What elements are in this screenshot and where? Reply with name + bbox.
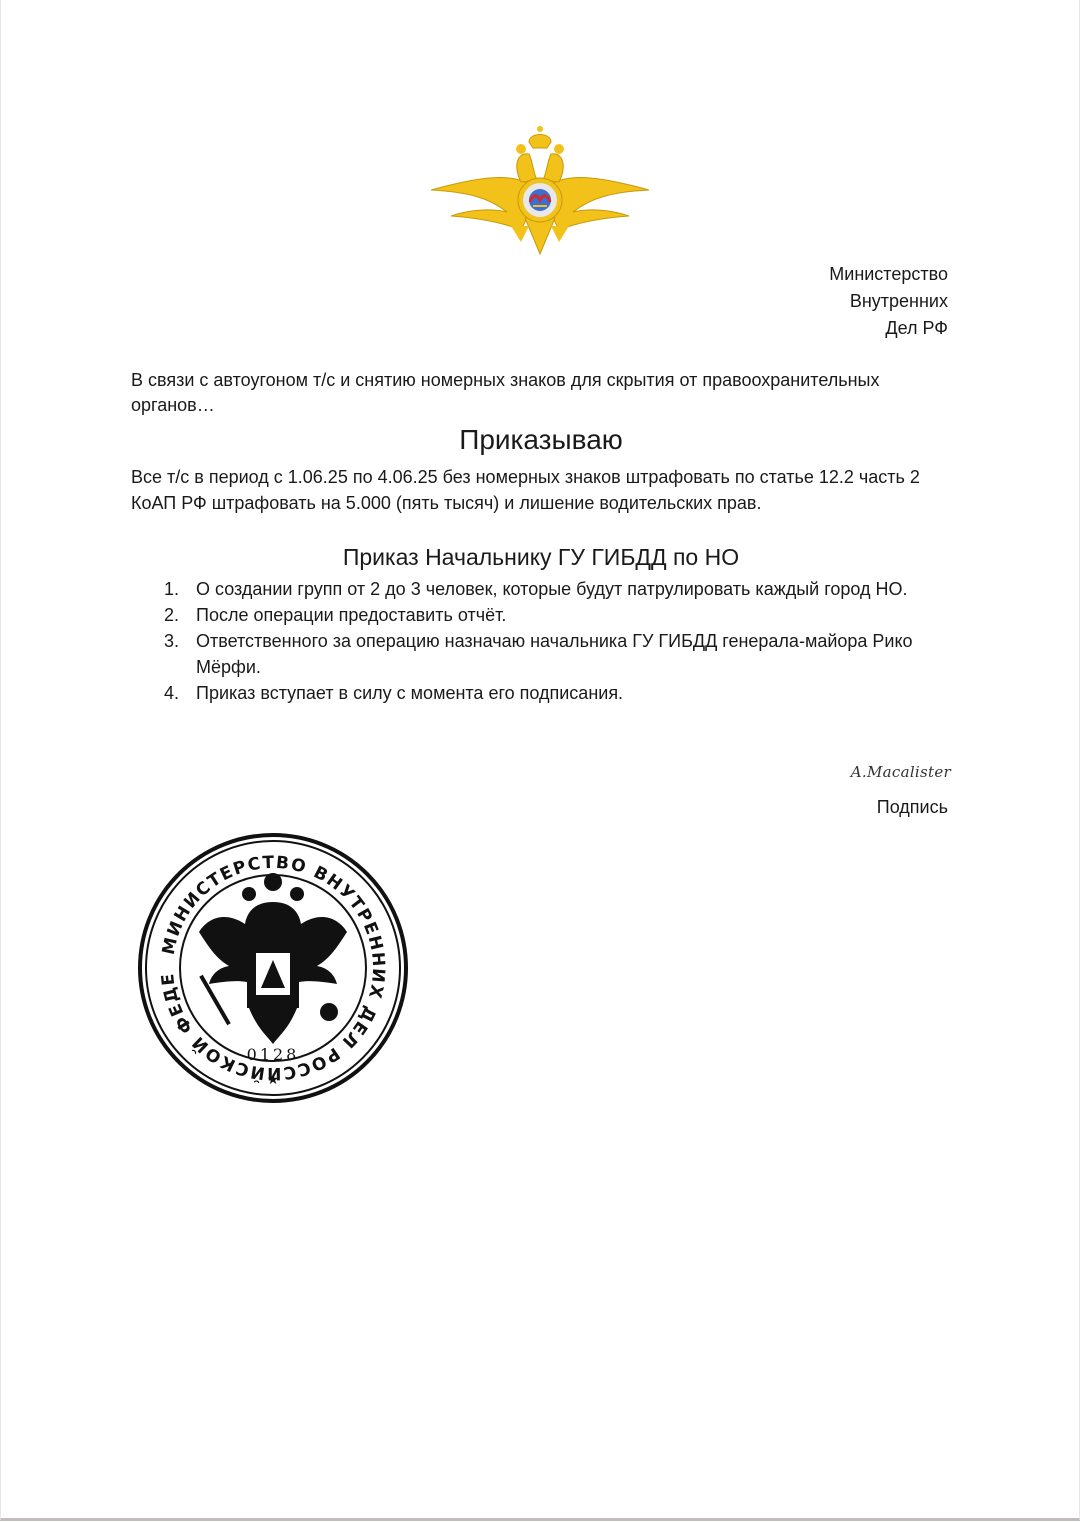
order-items-list: 1. О создании групп от 2 до 3 человек, к… xyxy=(161,576,961,706)
signature-label: Подпись xyxy=(877,795,948,819)
order-paragraph: Все т/с в период с 1.06.25 по 4.06.25 бе… xyxy=(131,464,961,516)
mvd-eagle-emblem-icon xyxy=(429,122,651,257)
signature: A.Macalister xyxy=(851,763,951,781)
list-item: 2. После операции предоставить отчёт. xyxy=(161,602,961,628)
document-page: Министерство Внутренних Дел РФ В связи с… xyxy=(0,0,1080,1521)
svg-text:★: ★ xyxy=(267,1072,280,1088)
org-line: Министерство xyxy=(829,261,948,288)
list-item-text: Приказ вступает в силу с момента его под… xyxy=(196,683,623,703)
official-stamp-icon: МИНИСТЕРСТВО ВНУТРЕННИХ ДЕЛ РОССИЙСКОЙ Ф… xyxy=(137,832,409,1104)
list-item: 3. Ответственного за операцию назначаю н… xyxy=(161,628,961,680)
list-item-number: 2. xyxy=(164,602,179,628)
organization-name: Министерство Внутренних Дел РФ xyxy=(829,261,948,342)
org-line: Внутренних xyxy=(829,288,948,315)
list-item-text: Ответственного за операцию назначаю нача… xyxy=(196,631,913,677)
list-item-text: О создании групп от 2 до 3 человек, кото… xyxy=(196,579,908,599)
org-line: Дел РФ xyxy=(829,315,948,342)
secondary-heading: Приказ Начальнику ГУ ГИБДД по НО xyxy=(1,541,1080,573)
list-item-number: 1. xyxy=(164,576,179,602)
list-item: 4. Приказ вступает в силу с момента его … xyxy=(161,680,961,706)
svg-text:0128: 0128 xyxy=(247,1045,300,1064)
list-item-number: 3. xyxy=(164,628,179,654)
list-item: 1. О создании групп от 2 до 3 человек, к… xyxy=(161,576,961,602)
intro-paragraph: В связи с автоугоном т/с и снятию номерн… xyxy=(131,368,951,418)
order-heading: Приказываю xyxy=(1,422,1080,458)
list-item-text: После операции предоставить отчёт. xyxy=(196,605,506,625)
list-item-number: 4. xyxy=(164,680,179,706)
